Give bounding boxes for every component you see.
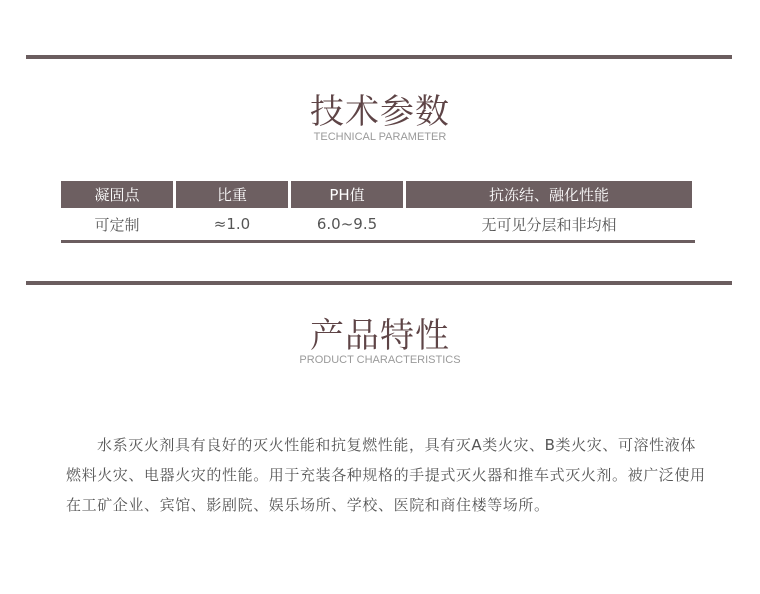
section-divider-middle — [26, 281, 732, 285]
table-bottom-rule — [61, 240, 695, 243]
technical-subtitle: TECHNICAL PARAMETER — [0, 131, 760, 143]
spec-table-header: 凝固点 比重 PH值 抗冻结、融化性能 — [61, 181, 695, 208]
technical-title: 技术参数 — [0, 94, 760, 130]
cell-ph-value: 6.0~9.5 — [291, 208, 403, 240]
section-divider-top — [26, 55, 732, 59]
header-specific-gravity: 比重 — [176, 181, 288, 208]
header-freeze-thaw: 抗冻结、融化性能 — [406, 181, 692, 208]
cell-freeze-thaw: 无可见分层和非均相 — [406, 208, 692, 240]
characteristics-title: 产品特性 — [0, 318, 760, 354]
header-ph-value: PH值 — [291, 181, 403, 208]
spec-table: 凝固点 比重 PH值 抗冻结、融化性能 可定制 ≈1.0 6.0~9.5 无可见… — [61, 181, 695, 243]
table-row: 可定制 ≈1.0 6.0~9.5 无可见分层和非均相 — [61, 208, 695, 240]
header-freezing-point: 凝固点 — [61, 181, 173, 208]
characteristics-description: 水系灭火剂具有良好的灭火性能和抗复燃性能，具有灭A类火灾、B类火灾、可溶性液体燃… — [66, 430, 706, 520]
characteristics-subtitle: PRODUCT CHARACTERISTICS — [0, 354, 760, 366]
cell-specific-gravity: ≈1.0 — [176, 208, 288, 240]
cell-freezing-point: 可定制 — [61, 208, 173, 240]
